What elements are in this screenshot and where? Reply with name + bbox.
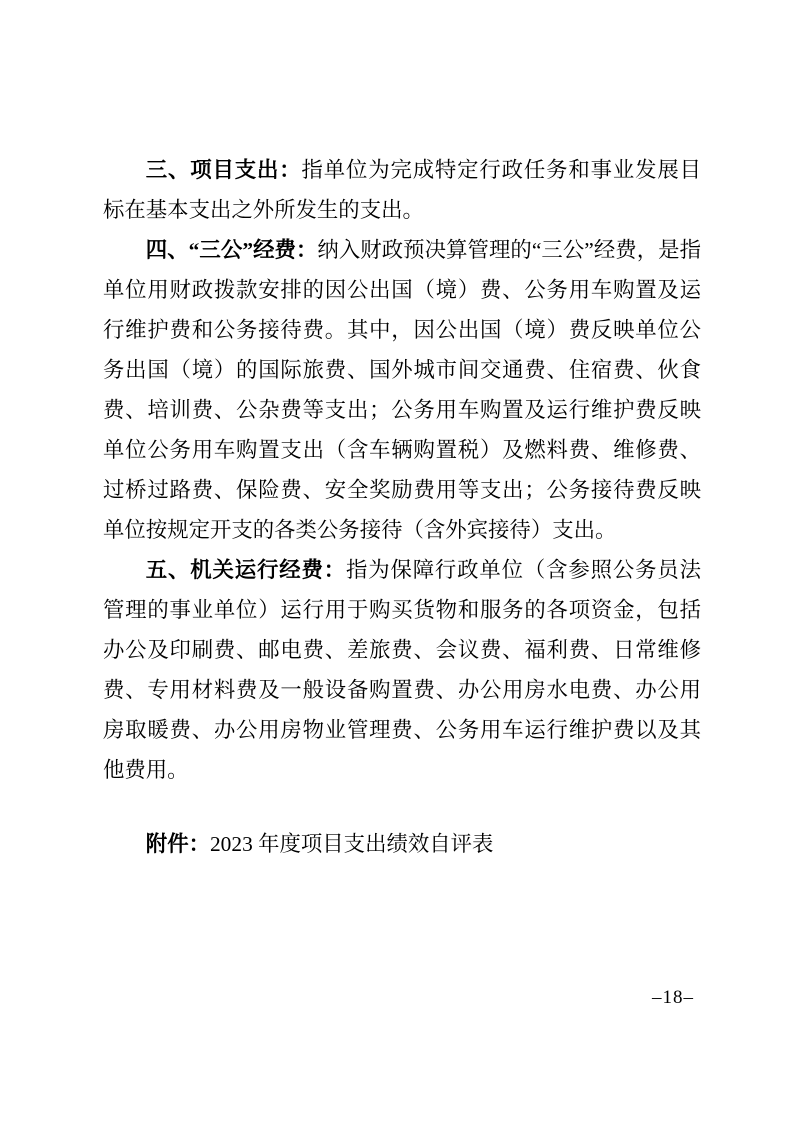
paragraph-text: 指为保障行政单位（含参照公务员法管理的事业单位）运行用于购买货物和服务的各项资金…	[103, 558, 701, 782]
paragraph-lead: 三、项目支出：	[146, 158, 302, 182]
document-body: 三、项目支出：指单位为完成特定行政任务和事业发展目标在基本支出之外所发生的支出。…	[103, 150, 701, 864]
page-number: –18–	[652, 986, 694, 1010]
paragraph-lead: 五、机关运行经费：	[146, 558, 346, 582]
paragraph-lead: 四、“三公”经费：	[146, 238, 318, 262]
paragraph-project-expenditure: 三、项目支出：指单位为完成特定行政任务和事业发展目标在基本支出之外所发生的支出。	[103, 150, 701, 230]
attachment-line: 附件：2023 年度项目支出绩效自评表	[103, 824, 701, 864]
attachment-lead: 附件：	[146, 832, 210, 856]
document-page: 三、项目支出：指单位为完成特定行政任务和事业发展目标在基本支出之外所发生的支出。…	[0, 0, 793, 1122]
attachment-text: 2023 年度项目支出绩效自评表	[210, 832, 493, 856]
paragraph-three-public-funds: 四、“三公”经费：纳入财政预决算管理的“三公”经费，是指单位用财政拨款安排的因公…	[103, 230, 701, 550]
paragraph-agency-operating-funds: 五、机关运行经费：指为保障行政单位（含参照公务员法管理的事业单位）运行用于购买货…	[103, 550, 701, 790]
paragraph-text: 纳入财政预决算管理的“三公”经费，是指单位用财政拨款安排的因公出国（境）费、公务…	[103, 238, 701, 542]
